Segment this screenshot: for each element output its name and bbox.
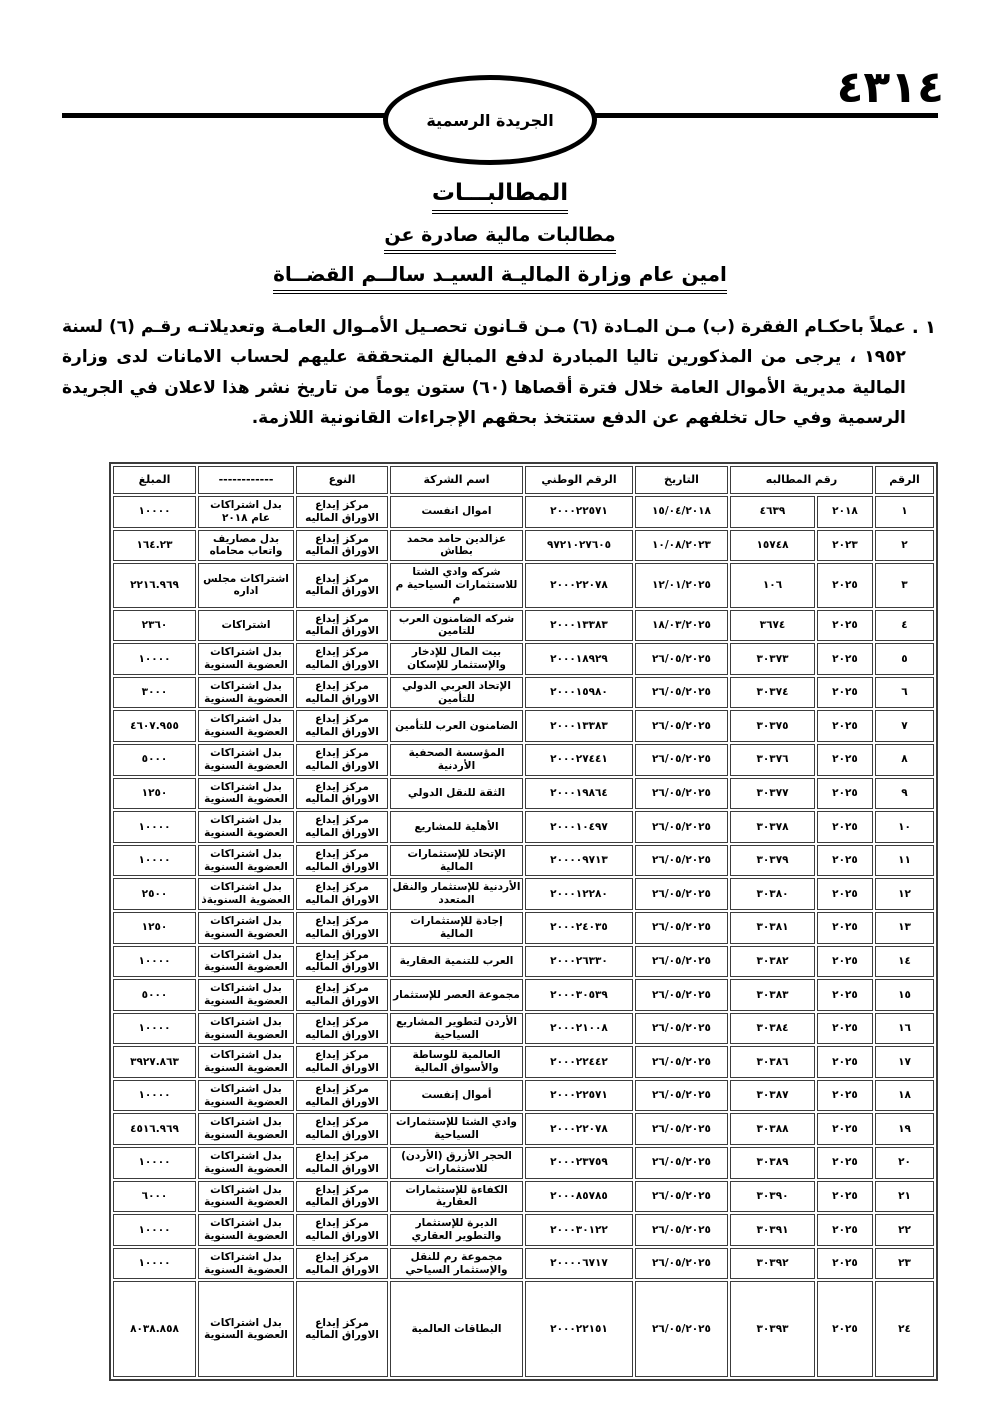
- cell-seq: ١٠: [875, 811, 934, 843]
- cell-claim-number: ٣٠٣٨١: [730, 912, 815, 944]
- cell-type: مركز إيداع الاوراق الماليه: [296, 1214, 388, 1246]
- cell-type: مركز إيداع الاوراق الماليه: [296, 1281, 388, 1377]
- cell-amount: ١٢٥٠: [113, 912, 196, 944]
- cell-national-number: ٩٧٢١٠٢٧٦٠٥: [525, 530, 633, 562]
- cell-description: بدل اشتراكات العضوية السنوية: [198, 744, 294, 776]
- cell-claim-year: ٢٠٢٥: [817, 1281, 873, 1377]
- cell-type: مركز إيداع الاوراق الماليه: [296, 946, 388, 978]
- cell-seq: ٩: [875, 778, 934, 810]
- cell-amount: ١٦٤.٢٣: [113, 530, 196, 562]
- header-claim-number: رقم المطالبه: [730, 466, 873, 494]
- cell-type: مركز إيداع الاوراق الماليه: [296, 878, 388, 910]
- cell-claim-year: ٢٠٢٣: [817, 530, 873, 562]
- cell-amount: ١٠٠٠٠: [113, 1013, 196, 1045]
- cell-company-name: إجادة للإستثمارات المالية: [390, 912, 523, 944]
- cell-company-name: عزالدين حامد محمد بطاش: [390, 530, 523, 562]
- cell-seq: ١٥: [875, 979, 934, 1011]
- cell-national-number: ٢٠٠٠٢٢١٥١: [525, 1281, 633, 1377]
- cell-type: مركز إيداع الاوراق الماليه: [296, 1046, 388, 1078]
- cell-description: بدل مصاريف واتعاب محاماه: [198, 530, 294, 562]
- table-row: ٨ ٢٠٢٥ ٣٠٣٧٦ ٢٦/٠٥/٢٠٢٥ ٢٠٠٠٢٧٤٤١ المؤسس…: [113, 744, 934, 776]
- header-type: النوع: [296, 466, 388, 494]
- cell-claim-year: ٢٠٢٥: [817, 811, 873, 843]
- cell-description: بدل اشتراكات العضوية السنوية: [198, 1046, 294, 1078]
- header-description: ------------: [198, 466, 294, 494]
- cell-company-name: العالمية للوساطة والأسواق المالية: [390, 1046, 523, 1078]
- table-row: ٣ ٢٠٢٥ ١٠٦ ١٢/٠١/٢٠٢٥ ٢٠٠٠٢٢٠٧٨ شركه واد…: [113, 563, 934, 607]
- cell-type: مركز إيداع الاوراق الماليه: [296, 563, 388, 607]
- cell-company-name: العرب للتنمية العقارية: [390, 946, 523, 978]
- cell-claim-number: ٣٠٣٧٥: [730, 710, 815, 742]
- cell-claim-number: ٣٠٣٨٧: [730, 1080, 815, 1112]
- cell-national-number: ٢٠٠٠٢٢٠٧٨: [525, 1113, 633, 1145]
- page-number: ٤٣١٤: [837, 62, 944, 113]
- cell-date: ٢٦/٠٥/٢٠٢٥: [635, 1214, 728, 1246]
- section-title-block: المطالبـــات: [0, 180, 1000, 214]
- cell-amount: ٤٦٠٧.٩٥٥: [113, 710, 196, 742]
- cell-description: اشتراكات: [198, 610, 294, 642]
- cell-claim-number: ٣٠٣٩٢: [730, 1248, 815, 1280]
- cell-claim-number: ٣٠٣٧٦: [730, 744, 815, 776]
- cell-claim-number: ٣٠٣٨٢: [730, 946, 815, 978]
- cell-amount: ١٠٠٠٠: [113, 1147, 196, 1179]
- cell-description: بدل اشتراكات العضوية السنوية: [198, 979, 294, 1011]
- cell-seq: ٥: [875, 643, 934, 675]
- table-row: ٢ ٢٠٢٣ ١٥٧٤٨ ١٠/٠٨/٢٠٢٣ ٩٧٢١٠٢٧٦٠٥ عزالد…: [113, 530, 934, 562]
- cell-date: ٢٦/٠٥/٢٠٢٥: [635, 744, 728, 776]
- cell-type: مركز إيداع الاوراق الماليه: [296, 778, 388, 810]
- cell-amount: ١٠٠٠٠: [113, 1214, 196, 1246]
- cell-description: بدل اشتراكات العضوية السنوية: [198, 1281, 294, 1377]
- cell-claim-number: ٣٠٣٩١: [730, 1214, 815, 1246]
- cell-national-number: ٢٠٠٠١٣٣٨٣: [525, 610, 633, 642]
- cell-amount: ٢٥٠٠: [113, 878, 196, 910]
- table-row: ٢٠ ٢٠٢٥ ٣٠٣٨٩ ٢٦/٠٥/٢٠٢٥ ٢٠٠٠٢٣٧٥٩ الحجر…: [113, 1147, 934, 1179]
- cell-seq: ٢٣: [875, 1248, 934, 1280]
- cell-date: ٢٦/٠٥/٢٠٢٥: [635, 1113, 728, 1145]
- table-row: ١٤ ٢٠٢٥ ٣٠٣٨٢ ٢٦/٠٥/٢٠٢٥ ٢٠٠٠٢٦٣٣٠ العرب…: [113, 946, 934, 978]
- cell-national-number: ٢٠٠٠٢٦٣٣٠: [525, 946, 633, 978]
- cell-claim-year: ٢٠٢٥: [817, 1013, 873, 1045]
- subtitle-1-block: مطالبات مالية صادرة عن: [0, 224, 1000, 254]
- intro-paragraph: ١ . عملاً باحكـام الفقرة (ب) مـن المـادة…: [62, 312, 936, 433]
- cell-date: ٢٦/٠٥/٢٠٢٥: [635, 677, 728, 709]
- cell-type: مركز إيداع الاوراق الماليه: [296, 1080, 388, 1112]
- cell-claim-number: ٣٠٣٨٦: [730, 1046, 815, 1078]
- cell-claim-number: ٣٠٣٨٠: [730, 878, 815, 910]
- cell-claim-number: ٣٠٣٨٤: [730, 1013, 815, 1045]
- table-row: ١٨ ٢٠٢٥ ٣٠٣٨٧ ٢٦/٠٥/٢٠٢٥ ٢٠٠٠٢٢٥٧١ أموال…: [113, 1080, 934, 1112]
- cell-date: ٢٦/٠٥/٢٠٢٥: [635, 1281, 728, 1377]
- cell-date: ٢٦/٠٥/٢٠٢٥: [635, 811, 728, 843]
- cell-company-name: بيت المال للإدخار والإستثمار للإسكان: [390, 643, 523, 675]
- table-row: ٢٢ ٢٠٢٥ ٣٠٣٩١ ٢٦/٠٥/٢٠٢٥ ٢٠٠٠٣٠١٢٢ الدير…: [113, 1214, 934, 1246]
- cell-claim-number: ٣٠٣٧٣: [730, 643, 815, 675]
- cell-claim-number: ٣٠٣٧٩: [730, 845, 815, 877]
- cell-amount: ١٠٠٠٠: [113, 811, 196, 843]
- cell-description: بدل اشتراكات العضوية السنوية: [198, 811, 294, 843]
- table-row: ١ ٢٠١٨ ٤٦٣٩ ١٥/٠٤/٢٠١٨ ٢٠٠٠٢٢٥٧١ اموال ا…: [113, 496, 934, 528]
- cell-date: ٢٦/٠٥/٢٠٢٥: [635, 912, 728, 944]
- cell-claim-number: ١٥٧٤٨: [730, 530, 815, 562]
- cell-type: مركز إيداع الاوراق الماليه: [296, 710, 388, 742]
- cell-date: ١٥/٠٤/٢٠١٨: [635, 496, 728, 528]
- cell-company-name: الثقة للنقل الدولي: [390, 778, 523, 810]
- cell-type: مركز إيداع الاوراق الماليه: [296, 1113, 388, 1145]
- cell-type: مركز إيداع الاوراق الماليه: [296, 677, 388, 709]
- cell-national-number: ٢٠٠٠٣٠١٢٢: [525, 1214, 633, 1246]
- cell-amount: ٢٣٦٠: [113, 610, 196, 642]
- cell-seq: ١٧: [875, 1046, 934, 1078]
- header-national-number: الرقم الوطني: [525, 466, 633, 494]
- cell-national-number: ٢٠٠٠١٥٩٨٠: [525, 677, 633, 709]
- cell-national-number: ٢٠٠٠٢٣٧٥٩: [525, 1147, 633, 1179]
- cell-seq: ١٢: [875, 878, 934, 910]
- cell-company-name: شركه الضامنون العرب للتامين: [390, 610, 523, 642]
- cell-claim-number: ٣٠٣٧٨: [730, 811, 815, 843]
- table-row: ٢٤ ٢٠٢٥ ٣٠٣٩٣ ٢٦/٠٥/٢٠٢٥ ٢٠٠٠٢٢١٥١ البطا…: [113, 1281, 934, 1377]
- cell-description: اشتراكات مجلس اداره: [198, 563, 294, 607]
- cell-claim-number: ٣٠٣٩٠: [730, 1181, 815, 1213]
- cell-type: مركز إيداع الاوراق الماليه: [296, 1181, 388, 1213]
- cell-national-number: ٢٠٠٠١٩٨٦٤: [525, 778, 633, 810]
- cell-company-name: الأهلية للمشاريع: [390, 811, 523, 843]
- section-title: المطالبـــات: [432, 180, 568, 214]
- cell-date: ١٠/٠٨/٢٠٢٣: [635, 530, 728, 562]
- cell-company-name: الأردنية للإستثمار والنقل المتعدد: [390, 878, 523, 910]
- cell-description: بدل اشتراكات عام ٢٠١٨: [198, 496, 294, 528]
- cell-national-number: ٢٠٠٠١٢٢٨٠: [525, 878, 633, 910]
- cell-amount: ١٠٠٠٠: [113, 643, 196, 675]
- cell-amount: ١٠٠٠٠: [113, 946, 196, 978]
- cell-date: ٢٦/٠٥/٢٠٢٥: [635, 1080, 728, 1112]
- cell-date: ٢٦/٠٥/٢٠٢٥: [635, 979, 728, 1011]
- table-row: ١٥ ٢٠٢٥ ٣٠٣٨٣ ٢٦/٠٥/٢٠٢٥ ٢٠٠٠٣٠٥٣٩ مجموع…: [113, 979, 934, 1011]
- cell-company-name: أموال إنفست: [390, 1080, 523, 1112]
- cell-seq: ٢١: [875, 1181, 934, 1213]
- cell-claim-year: ٢٠٢٥: [817, 1248, 873, 1280]
- cell-seq: ١٦: [875, 1013, 934, 1045]
- cell-company-name: وادي الشتا للإستثمارات السياحية: [390, 1113, 523, 1145]
- cell-claim-year: ٢٠٢٥: [817, 1113, 873, 1145]
- table-row: ١٣ ٢٠٢٥ ٣٠٣٨١ ٢٦/٠٥/٢٠٢٥ ٢٠٠٠٢٤٠٣٥ إجادة…: [113, 912, 934, 944]
- cell-description: بدل اشتراكات العضوية السنوية: [198, 946, 294, 978]
- cell-claim-year: ٢٠٢٥: [817, 845, 873, 877]
- cell-national-number: ٢٠٠٠٢٤٠٣٥: [525, 912, 633, 944]
- table-header-row: الرقم رقم المطالبه التاريخ الرقم الوطني …: [113, 466, 934, 494]
- cell-company-name: البطاقات العالمية: [390, 1281, 523, 1377]
- cell-date: ٢٦/٠٥/٢٠٢٥: [635, 1013, 728, 1045]
- cell-seq: ٢٢: [875, 1214, 934, 1246]
- table-row: ١٦ ٢٠٢٥ ٣٠٣٨٤ ٢٦/٠٥/٢٠٢٥ ٢٠٠٠٢١٠٠٨ الأرد…: [113, 1013, 934, 1045]
- cell-type: مركز إيداع الاوراق الماليه: [296, 845, 388, 877]
- cell-date: ٢٦/٠٥/٢٠٢٥: [635, 778, 728, 810]
- cell-seq: ٢: [875, 530, 934, 562]
- cell-seq: ١: [875, 496, 934, 528]
- cell-type: مركز إيداع الاوراق الماليه: [296, 610, 388, 642]
- cell-company-name: مجموعة رم للنقل والإستثمار السياحي: [390, 1248, 523, 1280]
- cell-amount: ٦٠٠٠: [113, 1181, 196, 1213]
- cell-date: ٢٦/٠٥/٢٠٢٥: [635, 1147, 728, 1179]
- claims-table-body: ١ ٢٠١٨ ٤٦٣٩ ١٥/٠٤/٢٠١٨ ٢٠٠٠٢٢٥٧١ اموال ا…: [113, 496, 934, 1377]
- cell-seq: ١١: [875, 845, 934, 877]
- cell-description: بدل اشتراكات العضوية السنوية: [198, 1248, 294, 1280]
- cell-amount: ٨٠٣٨.٨٥٨: [113, 1281, 196, 1377]
- cell-date: ١٢/٠١/٢٠٢٥: [635, 563, 728, 607]
- cell-national-number: ٢٠٠٠٠٩٧١٣: [525, 845, 633, 877]
- cell-type: مركز إيداع الاوراق الماليه: [296, 744, 388, 776]
- cell-claim-number: ٣٠٣٧٤: [730, 677, 815, 709]
- cell-claim-year: ٢٠٢٥: [817, 878, 873, 910]
- cell-company-name: اموال انفست: [390, 496, 523, 528]
- cell-national-number: ٢٠٠٠٣٠٥٣٩: [525, 979, 633, 1011]
- cell-national-number: ٢٠٠٠٢٧٤٤١: [525, 744, 633, 776]
- cell-amount: ١٠٠٠٠: [113, 845, 196, 877]
- cell-claim-year: ٢٠٢٥: [817, 979, 873, 1011]
- cell-company-name: الحجر الأزرق (الأردن) للاستثمارات: [390, 1147, 523, 1179]
- cell-company-name: شركه وادي الشتا للاستثمارات السياحية م م: [390, 563, 523, 607]
- cell-claim-number: ٣٠٣٩٣: [730, 1281, 815, 1377]
- cell-type: مركز إيداع الاوراق الماليه: [296, 979, 388, 1011]
- cell-amount: ١٠٠٠٠: [113, 1080, 196, 1112]
- cell-description: بدل اشتراكات العضوية السنوية: [198, 778, 294, 810]
- cell-claim-number: ٣٦٧٤: [730, 610, 815, 642]
- cell-claim-year: ٢٠٢٥: [817, 1046, 873, 1078]
- header-seq: الرقم: [875, 466, 934, 494]
- cell-type: مركز إيداع الاوراق الماليه: [296, 530, 388, 562]
- cell-claim-number: ٣٠٣٨٩: [730, 1147, 815, 1179]
- cell-claim-number: ٤٦٣٩: [730, 496, 815, 528]
- cell-national-number: ٢٠٠٠٠٦٧١٧: [525, 1248, 633, 1280]
- cell-type: مركز إيداع الاوراق الماليه: [296, 1013, 388, 1045]
- cell-national-number: ٢٠٠٠٢٢٥٧١: [525, 1080, 633, 1112]
- cell-amount: ٣٠٠٠: [113, 677, 196, 709]
- cell-national-number: ٢٠٠٠٢٢٠٧٨: [525, 563, 633, 607]
- cell-amount: ١٠٠٠٠: [113, 496, 196, 528]
- cell-national-number: ٢٠٠٠١٣٣٨٣: [525, 710, 633, 742]
- cell-description: بدل اشتراكات العضوية السنوية: [198, 710, 294, 742]
- table-row: ٧ ٢٠٢٥ ٣٠٣٧٥ ٢٦/٠٥/٢٠٢٥ ٢٠٠٠١٣٣٨٣ الضامن…: [113, 710, 934, 742]
- cell-national-number: ٢٠٠٠٨٥٧٨٥: [525, 1181, 633, 1213]
- cell-description: بدل اشتراكات العضوية السنوية: [198, 1113, 294, 1145]
- cell-amount: ٥٠٠٠: [113, 744, 196, 776]
- cell-date: ٢٦/٠٥/٢٠٢٥: [635, 946, 728, 978]
- cell-company-name: الديرة للإستثمار والتطوير العقاري: [390, 1214, 523, 1246]
- cell-amount: ٢٢١٦.٩٦٩: [113, 563, 196, 607]
- cell-description: بدل اشتراكات العضوية السنوية: [198, 643, 294, 675]
- header-amount: المبلغ: [113, 466, 196, 494]
- cell-seq: ٦: [875, 677, 934, 709]
- header-date: التاريخ: [635, 466, 728, 494]
- table-row: ٤ ٢٠٢٥ ٣٦٧٤ ١٨/٠٣/٢٠٢٥ ٢٠٠٠١٣٣٨٣ شركه ال…: [113, 610, 934, 642]
- cell-claim-year: ٢٠٢٥: [817, 643, 873, 675]
- cell-description: بدل اشتراكات العضوية السنوية: [198, 1080, 294, 1112]
- cell-claim-year: ٢٠٢٥: [817, 1214, 873, 1246]
- table-row: ١٠ ٢٠٢٥ ٣٠٣٧٨ ٢٦/٠٥/٢٠٢٥ ٢٠٠٠١٠٤٩٧ الأهل…: [113, 811, 934, 843]
- cell-seq: ٣: [875, 563, 934, 607]
- cell-company-name: الضامنون العرب للتأمين: [390, 710, 523, 742]
- cell-date: ٢٦/٠٥/٢٠٢٥: [635, 643, 728, 675]
- table-row: ٩ ٢٠٢٥ ٣٠٣٧٧ ٢٦/٠٥/٢٠٢٥ ٢٠٠٠١٩٨٦٤ الثقة …: [113, 778, 934, 810]
- cell-date: ٢٦/٠٥/٢٠٢٥: [635, 710, 728, 742]
- cell-claim-number: ٣٠٣٨٣: [730, 979, 815, 1011]
- gazette-page: ٤٣١٤ الجريدة الرسمية المطالبـــات مطالبا…: [0, 0, 1000, 1413]
- cell-type: مركز إيداع الاوراق الماليه: [296, 912, 388, 944]
- cell-date: ٢٦/٠٥/٢٠٢٥: [635, 1046, 728, 1078]
- cell-description: بدل اشتراكات العضوية السنوية: [198, 912, 294, 944]
- cell-seq: ١٣: [875, 912, 934, 944]
- cell-claim-year: ٢٠٢٥: [817, 710, 873, 742]
- cell-seq: ١٨: [875, 1080, 934, 1112]
- cell-date: ٢٦/٠٥/٢٠٢٥: [635, 878, 728, 910]
- cell-seq: ٨: [875, 744, 934, 776]
- cell-claim-year: ٢٠٢٥: [817, 778, 873, 810]
- cell-seq: ٢٠: [875, 1147, 934, 1179]
- cell-claim-year: ٢٠٢٥: [817, 1080, 873, 1112]
- gazette-seal: الجريدة الرسمية: [383, 75, 597, 165]
- cell-claim-year: ٢٠٢٥: [817, 1147, 873, 1179]
- cell-company-name: المؤسسة الصحفية الأردنية: [390, 744, 523, 776]
- claims-table-wrap: الرقم رقم المطالبه التاريخ الرقم الوطني …: [109, 462, 938, 1381]
- cell-national-number: ٢٠٠٠١٨٩٢٩: [525, 643, 633, 675]
- cell-amount: ٥٠٠٠: [113, 979, 196, 1011]
- cell-national-number: ٢٠٠٠٢٢٤٤٢: [525, 1046, 633, 1078]
- cell-description: بدل اشتراكات العضوية السنوية: [198, 1214, 294, 1246]
- subtitle-2: امين عام وزارة الماليـة السيـد سالــم ال…: [273, 262, 727, 294]
- cell-description: بدل اشتراكات العضوية السنوية: [198, 1147, 294, 1179]
- table-row: ١٩ ٢٠٢٥ ٣٠٣٨٨ ٢٦/٠٥/٢٠٢٥ ٢٠٠٠٢٢٠٧٨ وادي …: [113, 1113, 934, 1145]
- table-row: ١١ ٢٠٢٥ ٣٠٣٧٩ ٢٦/٠٥/٢٠٢٥ ٢٠٠٠٠٩٧١٣ الإتح…: [113, 845, 934, 877]
- cell-amount: ١٠٠٠٠: [113, 1248, 196, 1280]
- cell-date: ٢٦/٠٥/٢٠٢٥: [635, 1248, 728, 1280]
- cell-date: ١٨/٠٣/٢٠٢٥: [635, 610, 728, 642]
- cell-claim-year: ٢٠٢٥: [817, 563, 873, 607]
- cell-claim-year: ٢٠٢٥: [817, 912, 873, 944]
- table-row: ٢١ ٢٠٢٥ ٣٠٣٩٠ ٢٦/٠٥/٢٠٢٥ ٢٠٠٠٨٥٧٨٥ الكفا…: [113, 1181, 934, 1213]
- table-row: ٢٣ ٢٠٢٥ ٣٠٣٩٢ ٢٦/٠٥/٢٠٢٥ ٢٠٠٠٠٦٧١٧ مجموع…: [113, 1248, 934, 1280]
- subtitle-2-block: امين عام وزارة الماليـة السيـد سالــم ال…: [0, 262, 1000, 294]
- cell-claim-number: ٣٠٣٨٨: [730, 1113, 815, 1145]
- gazette-name: الجريدة الرسمية: [426, 111, 553, 130]
- cell-claim-year: ٢٠٢٥: [817, 677, 873, 709]
- cell-claim-year: ٢٠٢٥: [817, 610, 873, 642]
- cell-description: بدل اشتراكات العضوية السنوية: [198, 677, 294, 709]
- cell-type: مركز إيداع الاوراق الماليه: [296, 1147, 388, 1179]
- paragraph-number: ١ .: [912, 312, 936, 344]
- header-company-name: اسم الشركة: [390, 466, 523, 494]
- cell-national-number: ٢٠٠٠١٠٤٩٧: [525, 811, 633, 843]
- claims-table: الرقم رقم المطالبه التاريخ الرقم الوطني …: [109, 462, 938, 1381]
- cell-type: مركز إيداع الاوراق الماليه: [296, 1248, 388, 1280]
- cell-claim-year: ٢٠١٨: [817, 496, 873, 528]
- cell-claim-number: ٣٠٣٧٧: [730, 778, 815, 810]
- paragraph-text: عملاً باحكـام الفقرة (ب) مـن المـادة (٦)…: [62, 312, 906, 433]
- cell-seq: ٤: [875, 610, 934, 642]
- cell-company-name: الإتحاد للإستثمارات المالية: [390, 845, 523, 877]
- cell-amount: ٤٥١٦.٩٦٩: [113, 1113, 196, 1145]
- cell-date: ٢٦/٠٥/٢٠٢٥: [635, 1181, 728, 1213]
- cell-seq: ١٩: [875, 1113, 934, 1145]
- cell-claim-year: ٢٠٢٥: [817, 744, 873, 776]
- cell-type: مركز إيداع الاوراق الماليه: [296, 811, 388, 843]
- table-row: ٦ ٢٠٢٥ ٣٠٣٧٤ ٢٦/٠٥/٢٠٢٥ ٢٠٠٠١٥٩٨٠ الإتحا…: [113, 677, 934, 709]
- cell-claim-year: ٢٠٢٥: [817, 1181, 873, 1213]
- cell-seq: ١٤: [875, 946, 934, 978]
- cell-company-name: الإتحاد العربي الدولي للتأمين: [390, 677, 523, 709]
- cell-description: بدل اشتراكات العضوية السنوية: [198, 845, 294, 877]
- cell-national-number: ٢٠٠٠٢٢٥٧١: [525, 496, 633, 528]
- cell-type: مركز إيداع الاوراق الماليه: [296, 496, 388, 528]
- cell-national-number: ٢٠٠٠٢١٠٠٨: [525, 1013, 633, 1045]
- cell-amount: ١٢٥٠: [113, 778, 196, 810]
- table-row: ٥ ٢٠٢٥ ٣٠٣٧٣ ٢٦/٠٥/٢٠٢٥ ٢٠٠٠١٨٩٢٩ بيت ال…: [113, 643, 934, 675]
- cell-amount: ٣٩٢٧.٨٦٣: [113, 1046, 196, 1078]
- cell-claim-year: ٢٠٢٥: [817, 946, 873, 978]
- cell-date: ٢٦/٠٥/٢٠٢٥: [635, 845, 728, 877]
- cell-seq: ٧: [875, 710, 934, 742]
- subtitle-1: مطالبات مالية صادرة عن: [384, 224, 615, 254]
- cell-company-name: الأردن لتطوير المشاريع السياحية: [390, 1013, 523, 1045]
- cell-description: بدل اشتراكات العضوية السنويةذ: [198, 878, 294, 910]
- table-row: ١٢ ٢٠٢٥ ٣٠٣٨٠ ٢٦/٠٥/٢٠٢٥ ٢٠٠٠١٢٢٨٠ الأرد…: [113, 878, 934, 910]
- cell-claim-number: ١٠٦: [730, 563, 815, 607]
- cell-seq: ٢٤: [875, 1281, 934, 1377]
- cell-description: بدل اشتراكات العضوية السنوية: [198, 1013, 294, 1045]
- cell-type: مركز إيداع الاوراق الماليه: [296, 643, 388, 675]
- cell-company-name: مجموعة العصر للإستثمار: [390, 979, 523, 1011]
- table-row: ١٧ ٢٠٢٥ ٣٠٣٨٦ ٢٦/٠٥/٢٠٢٥ ٢٠٠٠٢٢٤٤٢ العال…: [113, 1046, 934, 1078]
- cell-description: بدل اشتراكات العضوية السنوية: [198, 1181, 294, 1213]
- cell-company-name: الكفاءة للإستثمارات العقارية: [390, 1181, 523, 1213]
